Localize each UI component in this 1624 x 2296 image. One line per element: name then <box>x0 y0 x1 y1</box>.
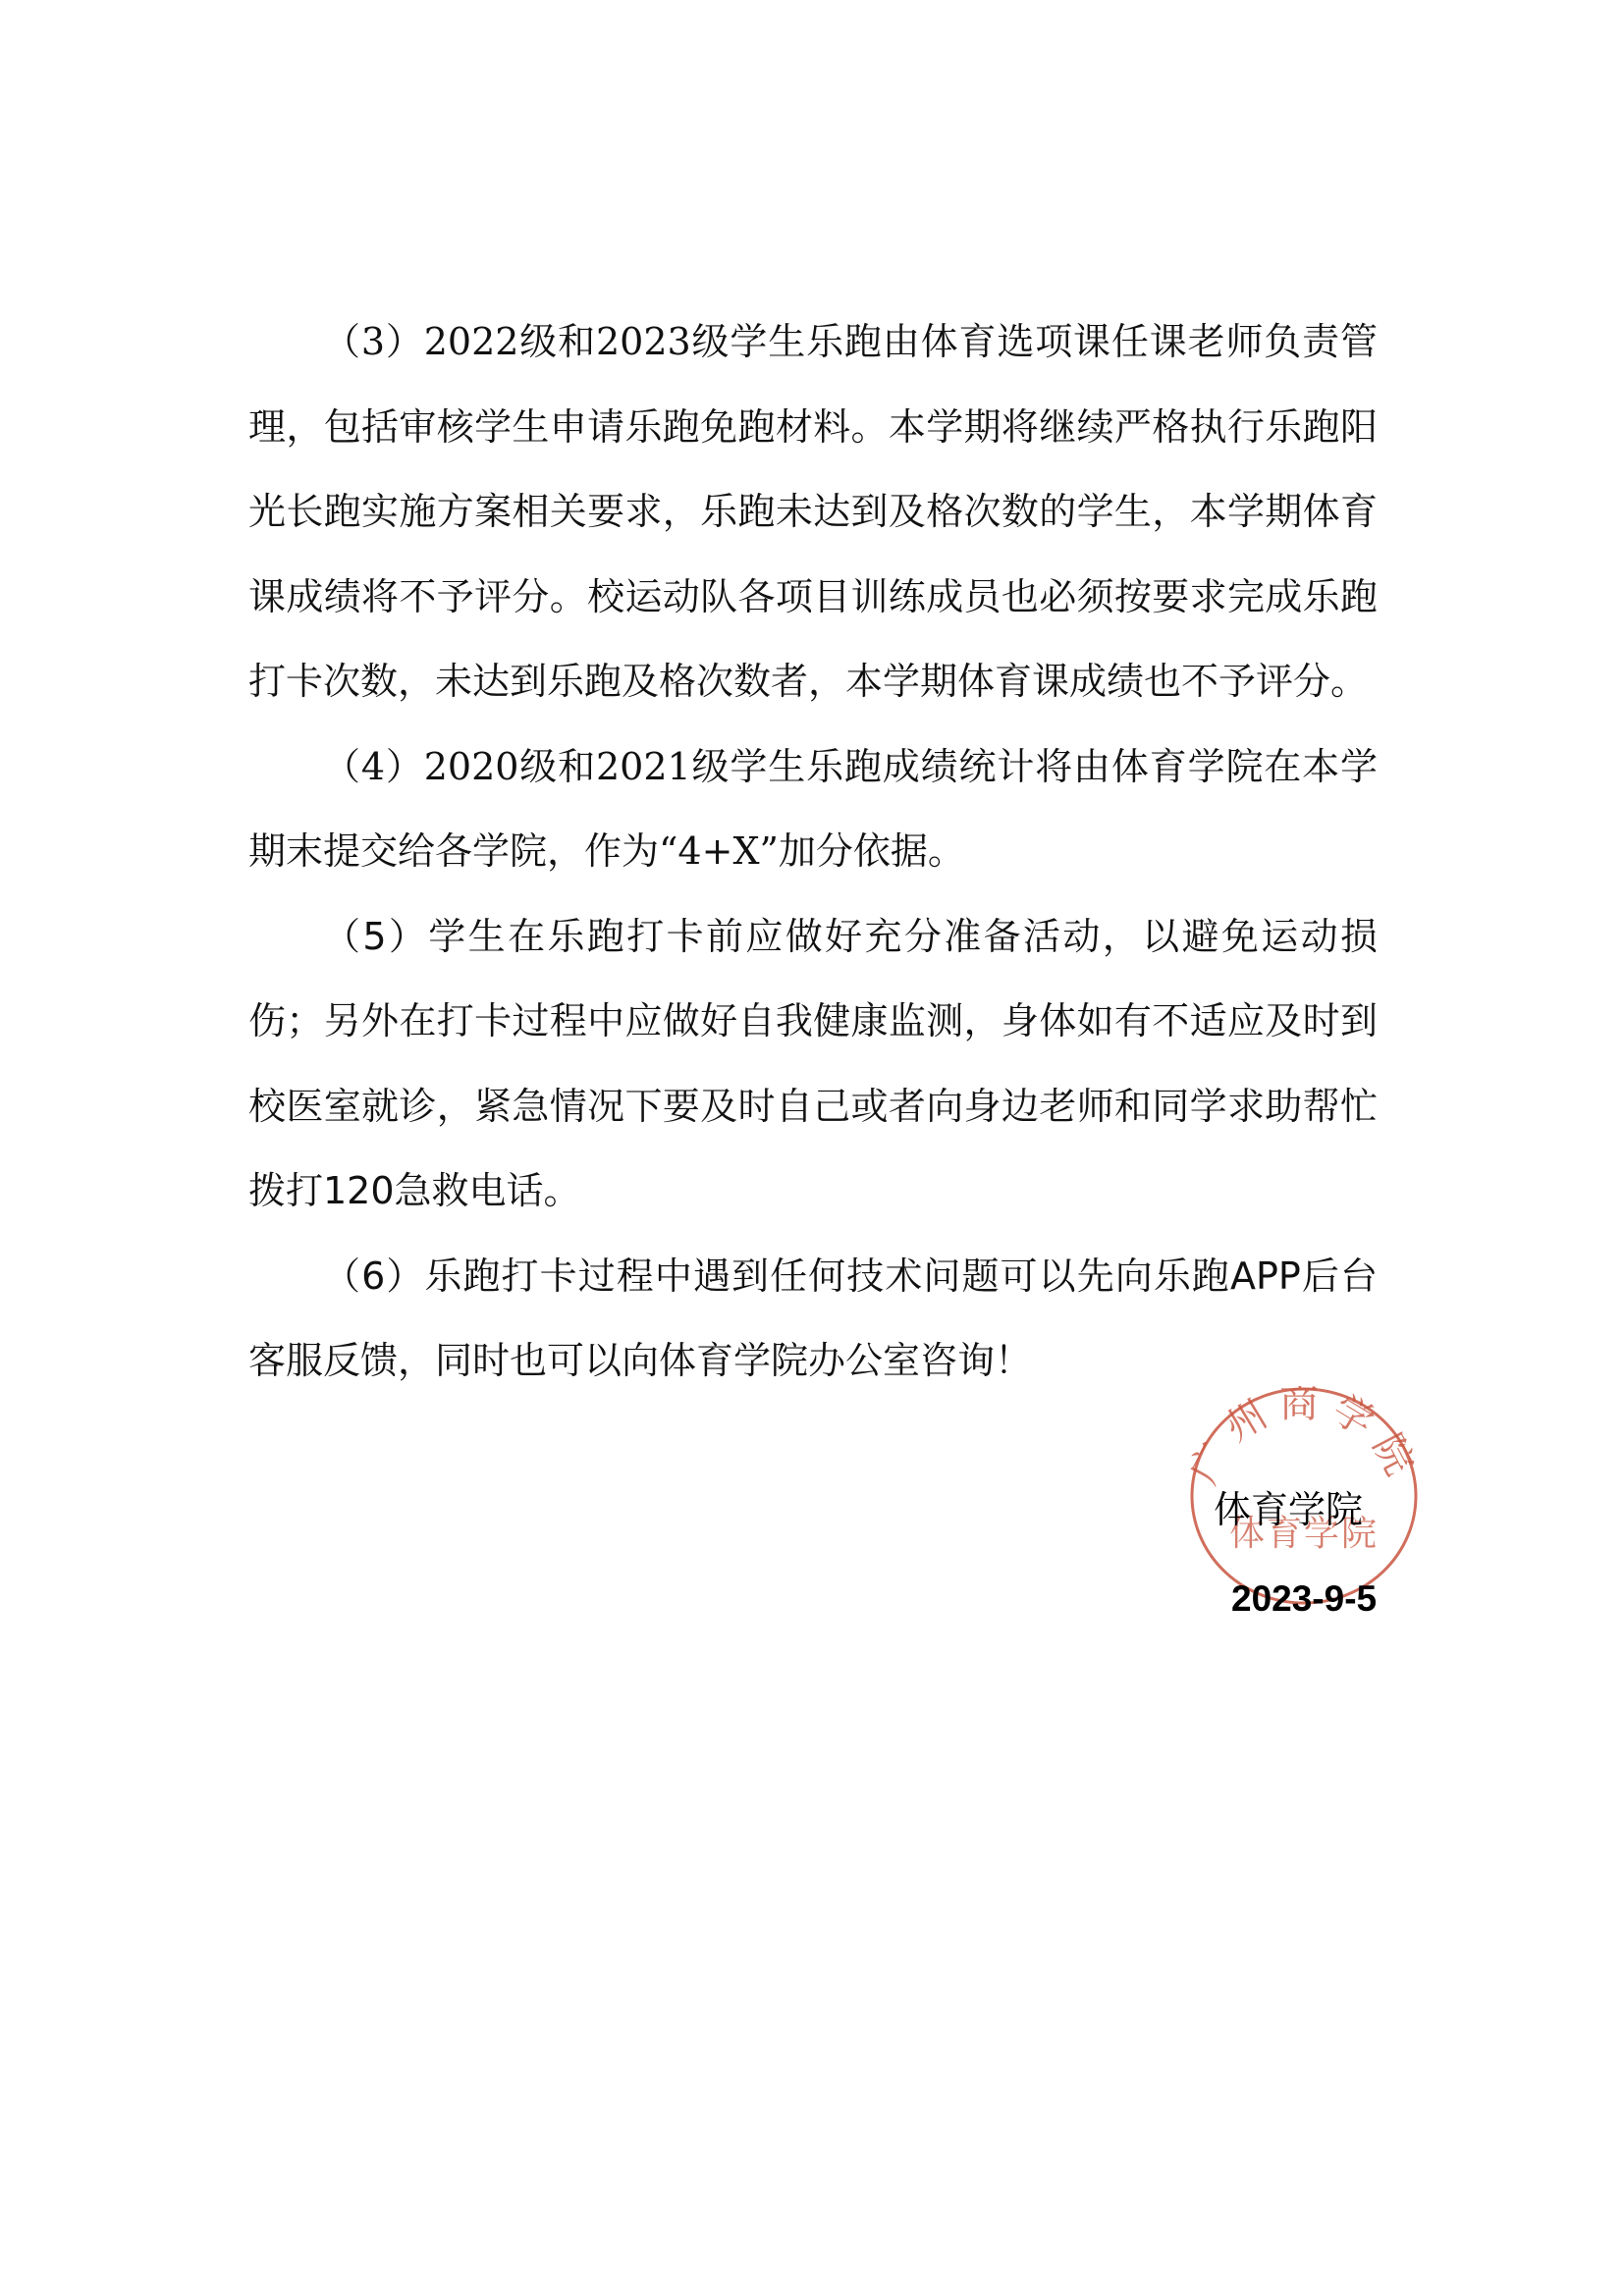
document-page: （3）2022级和2023级学生乐跑由体育选项课任课老师负责管理，包括审核学生申… <box>0 0 1624 2296</box>
seal-ring-text: 广州商学院 <box>1188 1386 1420 1491</box>
signature-date: 2023-9-5 <box>1231 1576 1377 1622</box>
signature-department: 体育学院 <box>1214 1485 1390 1534</box>
paragraph-4: （4）2020级和2021级学生乐跑成绩统计将由体育学院在本学期末提交给各学院，… <box>248 724 1378 894</box>
paragraph-6: （6）乐跑打卡过程中遇到任何技术问题可以先向乐跑APP后台客服反馈，同时也可以向… <box>248 1234 1378 1404</box>
paragraph-5: （5）学生在乐跑打卡前应做好充分准备活动，以避免运动损伤；另外在打卡过程中应做好… <box>248 894 1378 1234</box>
document-body: （3）2022级和2023级学生乐跑由体育选项课任课老师负责管理，包括审核学生申… <box>248 299 1378 1404</box>
svg-text:广州商学院: 广州商学院 <box>1188 1386 1420 1491</box>
paragraph-3: （3）2022级和2023级学生乐跑由体育选项课任课老师负责管理，包括审核学生申… <box>248 299 1378 724</box>
